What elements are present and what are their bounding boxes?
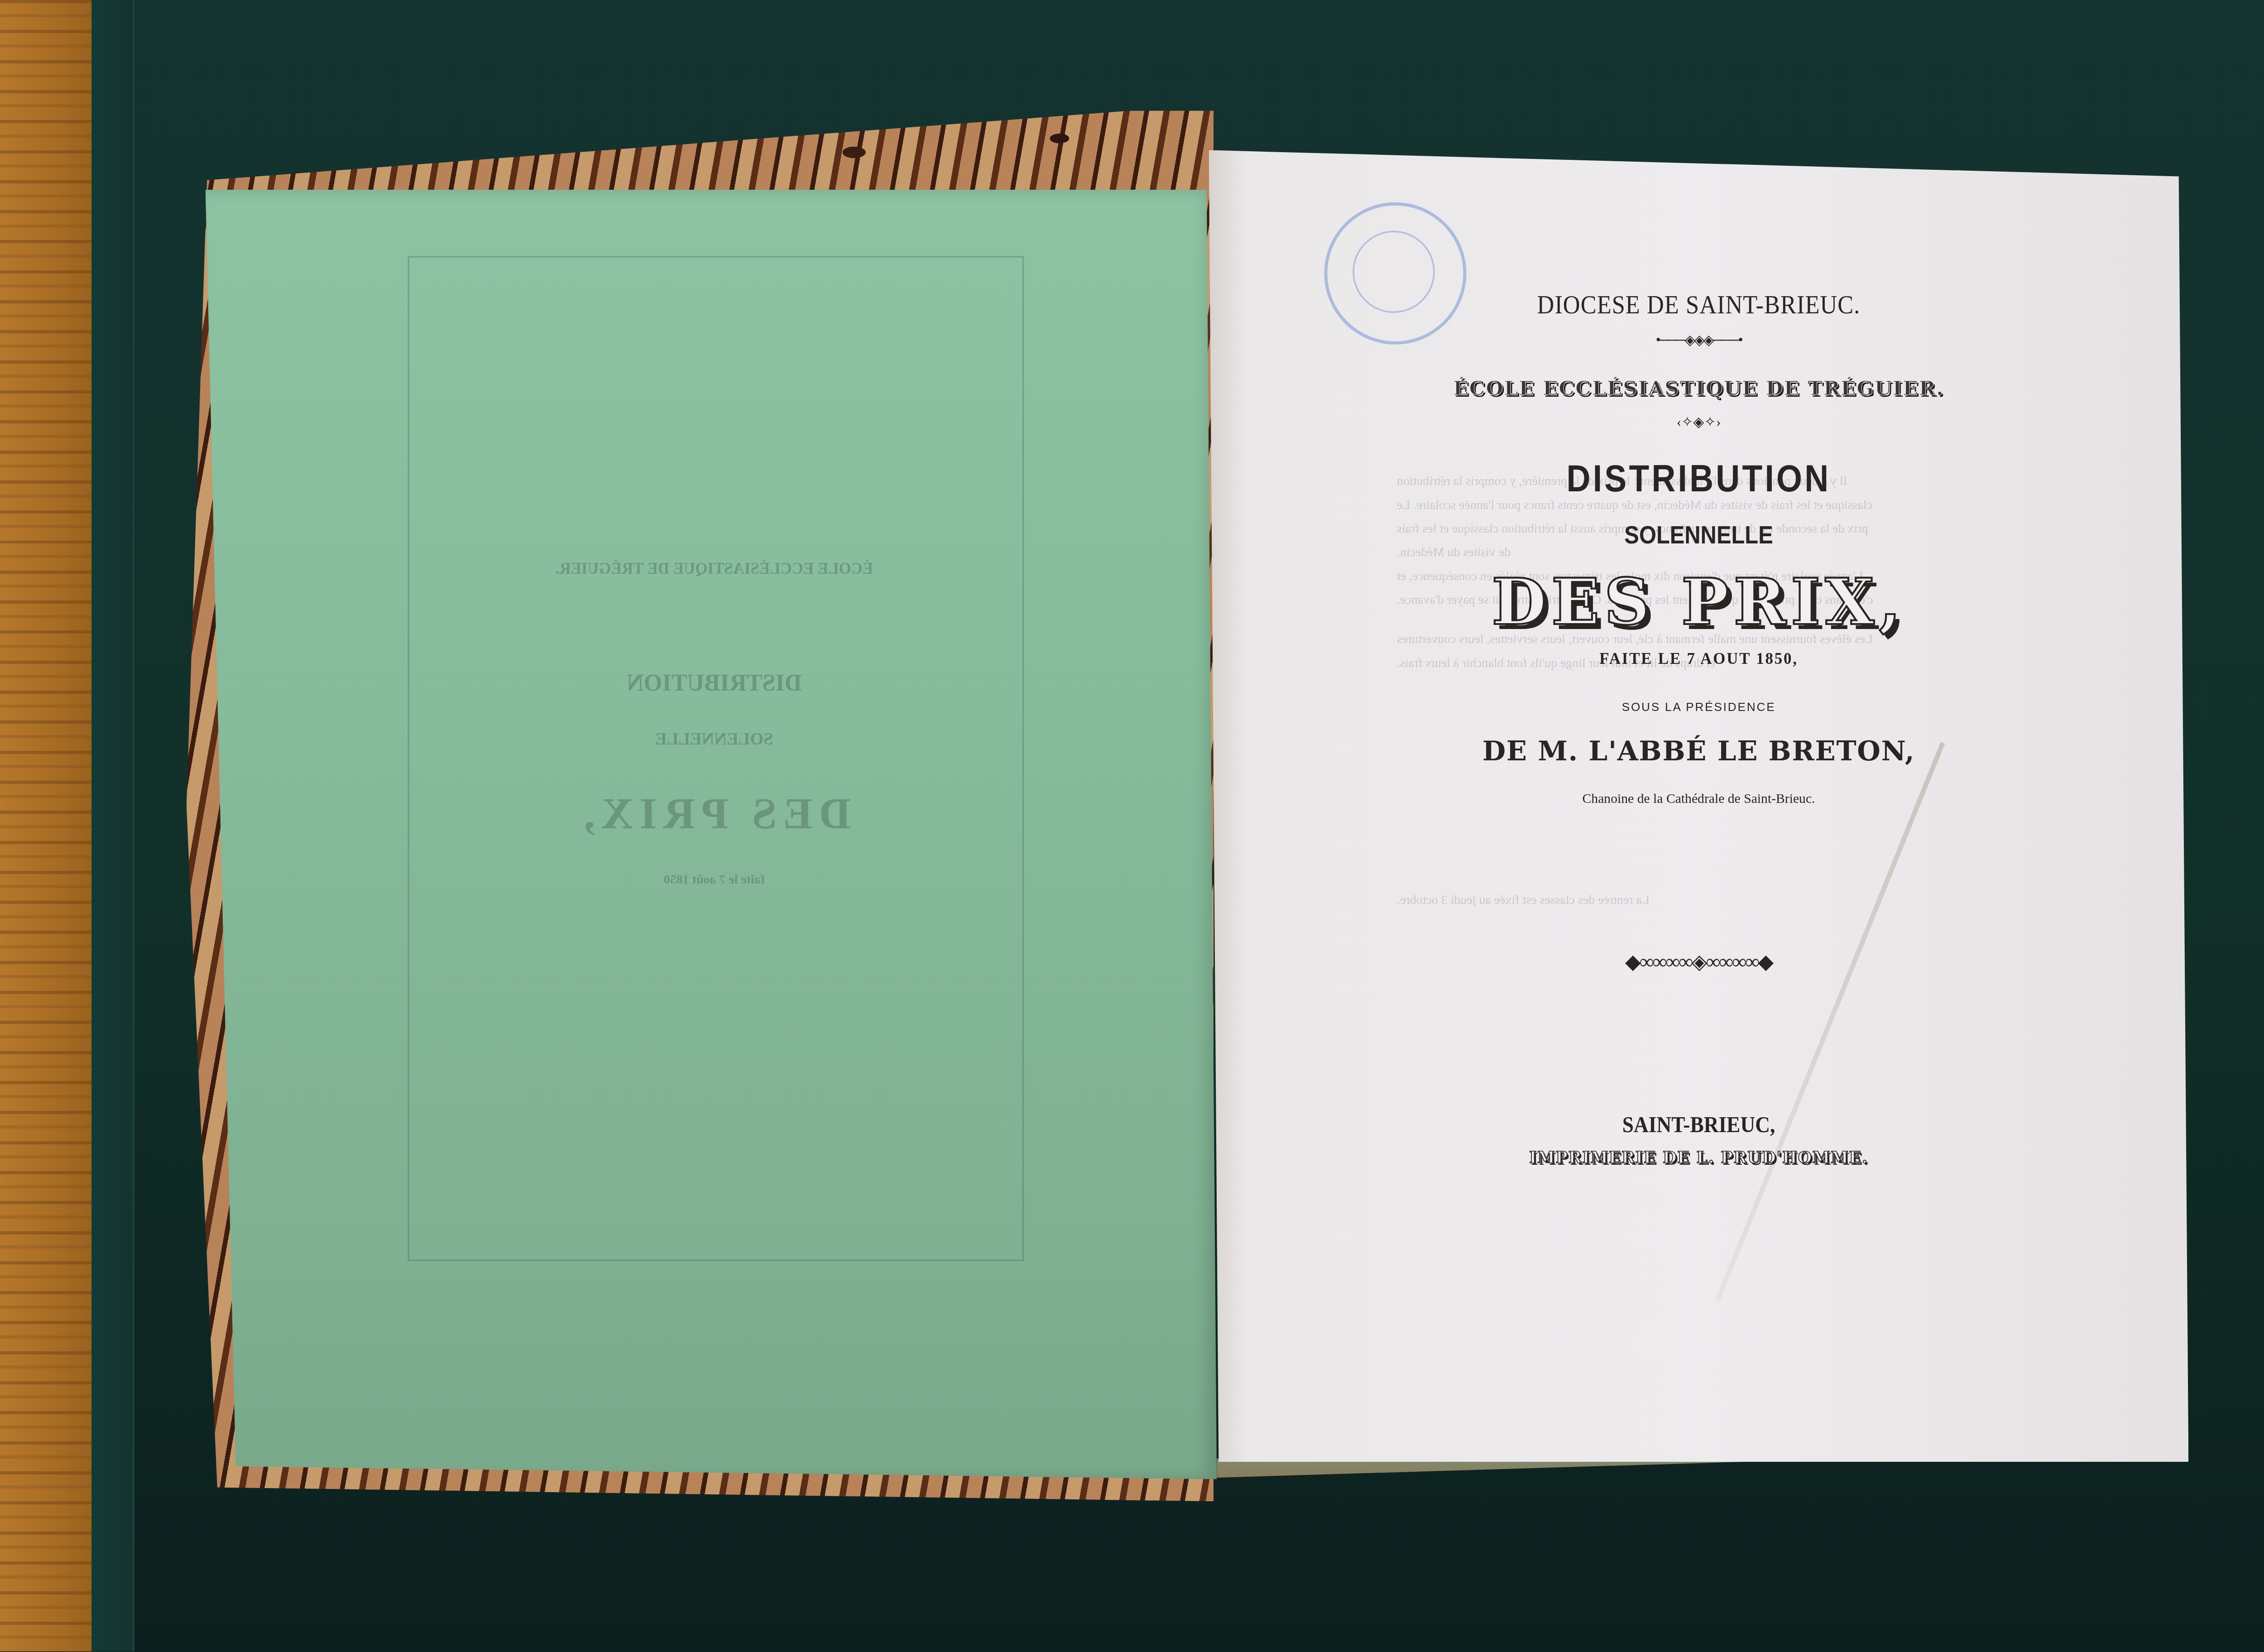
printer-line: IMPRIMERIE DE L. PRUD'HOMME. — [1209, 1151, 2189, 1168]
flyleaf-ghost-frame — [408, 256, 1024, 1261]
felt-edge — [91, 0, 134, 1652]
ghost-des-prix: DES PRIX, — [408, 790, 1021, 841]
title-solennelle: SOLENNELLE — [1209, 519, 2189, 548]
ornament-divider-icon: •───◈◈◈───• — [1209, 332, 2189, 349]
ghost-solennelle: SOLENNELLE — [408, 730, 1021, 749]
title-distribution: DISTRIBUTION — [1209, 459, 2189, 502]
ornament-vignette-icon: ◆∞∞∞∞◈∞∞∞∞◆ — [1209, 950, 2189, 975]
diocese-heading: DIOCESE DE SAINT-BRIEUC. — [1209, 293, 2189, 322]
library-stamp-icon — [1324, 202, 1466, 345]
wooden-table — [0, 0, 91, 1652]
date-line: FAITE LE 7 AOUT 1850, — [1209, 651, 2189, 668]
show-through-line: La rentrée des classes est fixée au jeud… — [1397, 893, 1650, 907]
ghost-distribution: DISTRIBUTION — [408, 672, 1021, 698]
ghost-date: faite le 7 août 1850 — [408, 872, 1021, 886]
president-name: DE M. L'ABBÉ LE BRETON, — [1209, 736, 2189, 768]
ornament-small-icon: ‹✧◈✧› — [1209, 414, 2189, 431]
ghost-school: ÉCOLE ECCLÉSIASTIQUE DE TRÉGUIER. — [408, 561, 1021, 578]
school-heading: ÉCOLE ECCLÉSIASTIQUE DE TRÉGUIER. — [1209, 376, 2189, 400]
president-title: Chanoine de la Cathédrale de Saint-Brieu… — [1209, 790, 2189, 806]
photo-scene: ÉCOLE ECCLÉSIASTIQUE DE TRÉGUIER. DISTRI… — [0, 0, 2264, 1652]
title-des-prix: DES PRIX, — [1209, 566, 2189, 640]
presidency-label: SOUS LA PRÉSIDENCE — [1209, 700, 2189, 714]
place-of-publication: SAINT-BRIEUC, — [1209, 1111, 2189, 1139]
